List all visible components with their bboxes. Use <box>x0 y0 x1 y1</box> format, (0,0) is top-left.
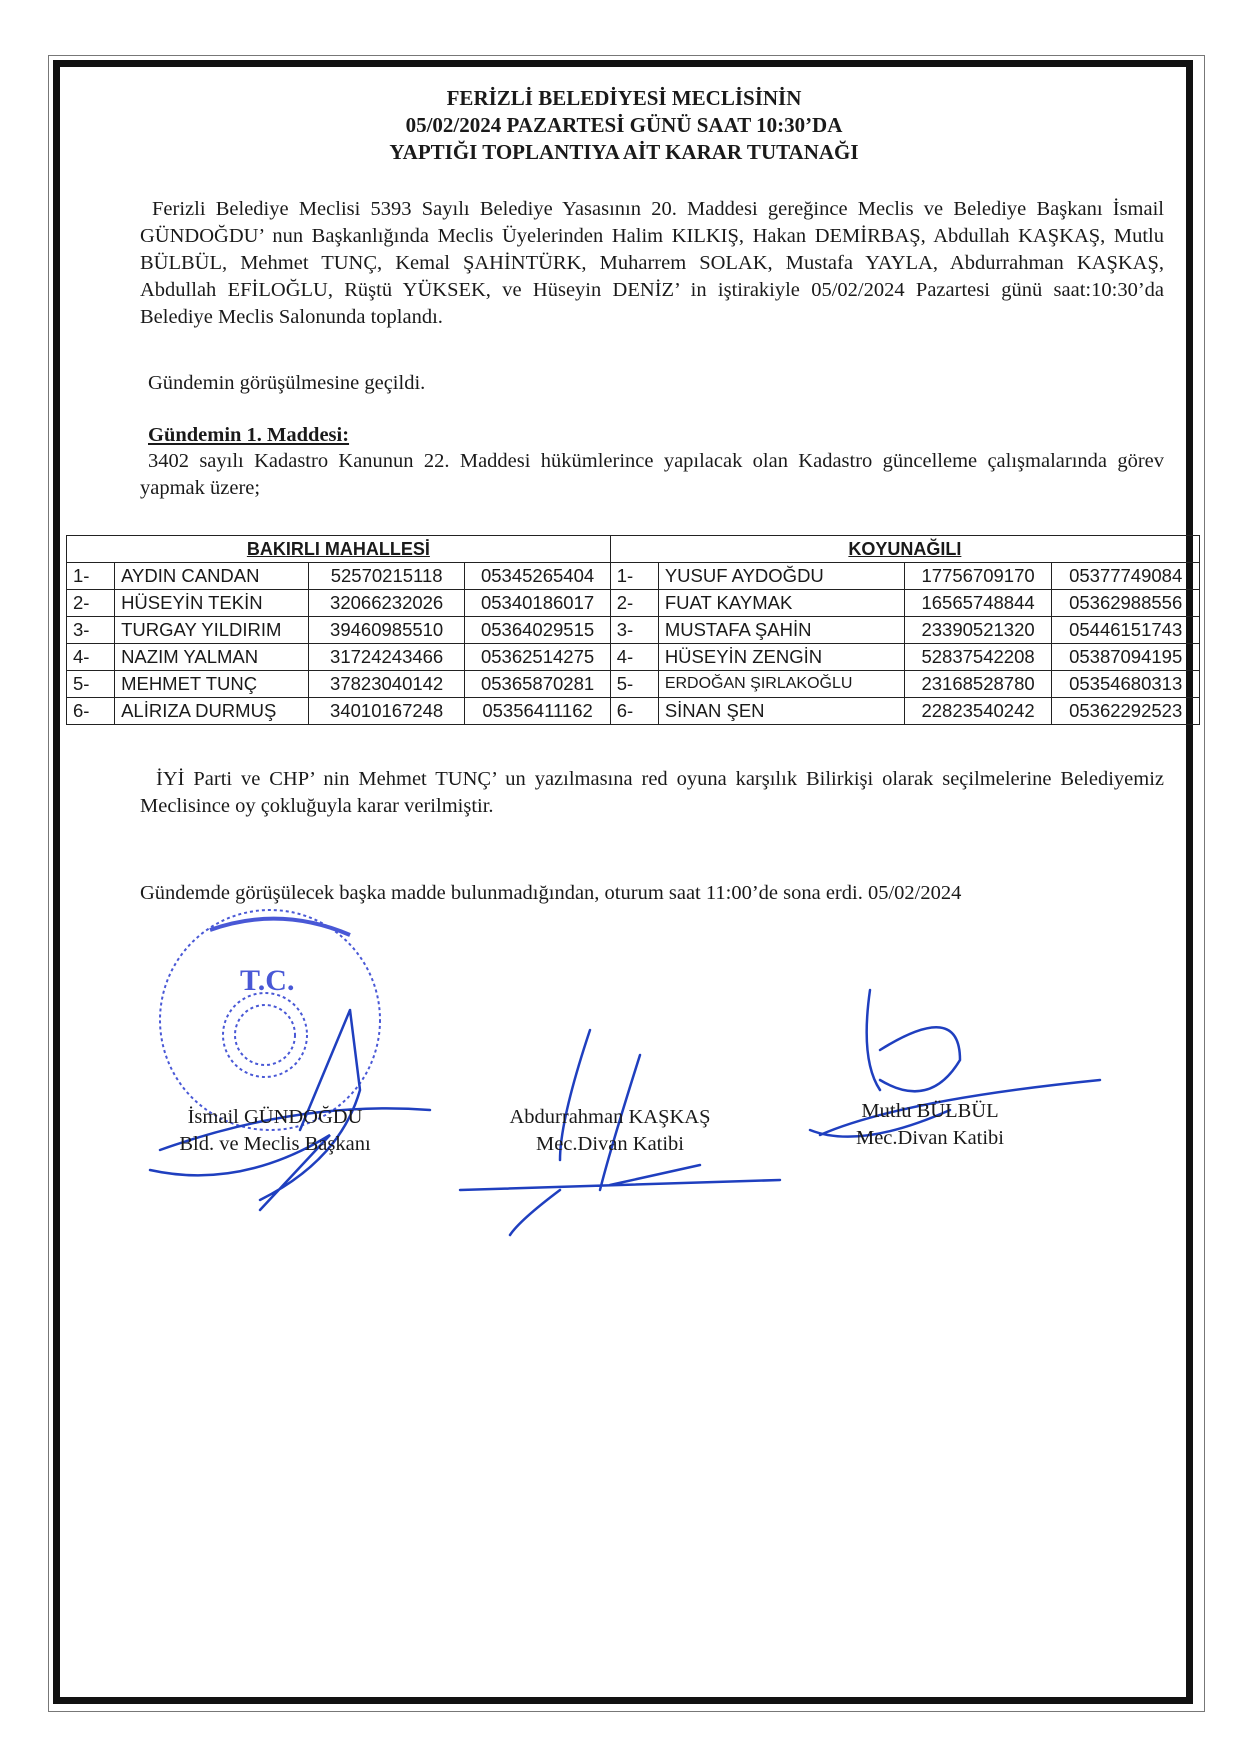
person-name: YUSUF AYDOĞDU <box>658 563 904 590</box>
person-name: SİNAN ŞEN <box>658 698 904 725</box>
row-number: 2- <box>67 590 115 617</box>
intro-paragraph: Ferizli Belediye Meclisi 5393 Sayılı Bel… <box>140 196 1164 331</box>
phone-number: 05446151743 <box>1052 617 1200 644</box>
expert-table: BAKIRLI MAHALLESİ KOYUNAĞILI 1-AYDIN CAN… <box>66 535 1200 725</box>
person-name: AYDIN CANDAN <box>115 563 309 590</box>
table-row: 6-ALİRIZA DURMUŞ34010167248053564111626-… <box>67 698 1200 725</box>
person-name: MUSTAFA ŞAHİN <box>658 617 904 644</box>
signature-block-secretary-1: Abdurrahman KAŞKAŞ Mec.Divan Katibi <box>480 1104 740 1158</box>
phone-number: 05354680313 <box>1052 671 1200 698</box>
table-row: 3-TURGAY YILDIRIM39460985510053640295153… <box>67 617 1200 644</box>
national-id: 39460985510 <box>308 617 465 644</box>
phone-number: 05345265404 <box>465 563 610 590</box>
table-row: 1-AYDIN CANDAN52570215118053452654041-YU… <box>67 563 1200 590</box>
national-id: 32066232026 <box>308 590 465 617</box>
phone-number: 05362514275 <box>465 644 610 671</box>
title-line-2: 05/02/2024 PAZARTESİ GÜNÜ SAAT 10:30’DA <box>0 112 1248 139</box>
person-name: NAZIM YALMAN <box>115 644 309 671</box>
phone-number: 05387094195 <box>1052 644 1200 671</box>
person-name: HÜSEYİN ZENGİN <box>658 644 904 671</box>
title-line-1: FERİZLİ BELEDİYESİ MECLİSİNİN <box>0 85 1248 112</box>
row-number: 6- <box>610 698 658 725</box>
row-number: 1- <box>67 563 115 590</box>
signature-block-mayor: İsmail GÜNDOĞDU Bld. ve Meclis Başkanı <box>150 1104 400 1158</box>
person-name: HÜSEYİN TEKİN <box>115 590 309 617</box>
national-id: 16565748844 <box>904 590 1052 617</box>
row-number: 3- <box>610 617 658 644</box>
closing-text: Gündemde görüşülecek başka madde bulunma… <box>140 880 1180 907</box>
signer-role: Bld. ve Meclis Başkanı <box>150 1131 400 1158</box>
person-name: FUAT KAYMAK <box>658 590 904 617</box>
national-id: 52837542208 <box>904 644 1052 671</box>
agenda-intro: Gündemin görüşülmesine geçildi. <box>148 370 1172 397</box>
table-header-bakirli: BAKIRLI MAHALLESİ <box>67 536 611 563</box>
phone-number: 05362292523 <box>1052 698 1200 725</box>
phone-number: 05340186017 <box>465 590 610 617</box>
signer-name: İsmail GÜNDOĞDU <box>150 1104 400 1131</box>
decision-text: İYİ Parti ve CHP’ nin Mehmet TUNÇ’ un ya… <box>140 766 1164 820</box>
row-number: 5- <box>610 671 658 698</box>
national-id: 23390521320 <box>904 617 1052 644</box>
agenda-item-text: 3402 sayılı Kadastro Kanunun 22. Maddesi… <box>140 448 1164 502</box>
national-id: 22823540242 <box>904 698 1052 725</box>
signer-role: Mec.Divan Katibi <box>480 1131 740 1158</box>
national-id: 34010167248 <box>308 698 465 725</box>
row-number: 1- <box>610 563 658 590</box>
signer-name: Abdurrahman KAŞKAŞ <box>480 1104 740 1131</box>
person-name: TURGAY YILDIRIM <box>115 617 309 644</box>
phone-number: 05362988556 <box>1052 590 1200 617</box>
signature-block-secretary-2: Mutlu BÜLBÜL Mec.Divan Katibi <box>820 1098 1040 1152</box>
table-row: 4-NAZIM YALMAN31724243466053625142754-HÜ… <box>67 644 1200 671</box>
national-id: 37823040142 <box>308 671 465 698</box>
row-number: 4- <box>67 644 115 671</box>
person-name: MEHMET TUNÇ <box>115 671 309 698</box>
signer-name: Mutlu BÜLBÜL <box>820 1098 1040 1125</box>
row-number: 5- <box>67 671 115 698</box>
row-number: 6- <box>67 698 115 725</box>
row-number: 4- <box>610 644 658 671</box>
national-id: 17756709170 <box>904 563 1052 590</box>
phone-number: 05377749084 <box>1052 563 1200 590</box>
title-line-3: YAPTIĞI TOPLANTIYA AİT KARAR TUTANAĞI <box>0 139 1248 166</box>
person-name: ALİRIZA DURMUŞ <box>115 698 309 725</box>
person-name: ERDOĞAN ŞIRLAKOĞLU <box>658 671 904 698</box>
row-number: 3- <box>67 617 115 644</box>
document-title: FERİZLİ BELEDİYESİ MECLİSİNİN 05/02/2024… <box>0 85 1248 166</box>
table-header-koyunagili: KOYUNAĞILI <box>610 536 1199 563</box>
row-number: 2- <box>610 590 658 617</box>
national-id: 31724243466 <box>308 644 465 671</box>
signer-role: Mec.Divan Katibi <box>820 1125 1040 1152</box>
table-row: 5-MEHMET TUNÇ37823040142053658702815-ERD… <box>67 671 1200 698</box>
table-row: 2-HÜSEYİN TEKİN32066232026053401860172-F… <box>67 590 1200 617</box>
agenda-item-heading: Gündemin 1. Maddesi: <box>148 424 349 447</box>
national-id: 23168528780 <box>904 671 1052 698</box>
phone-number: 05356411162 <box>465 698 610 725</box>
national-id: 52570215118 <box>308 563 465 590</box>
phone-number: 05365870281 <box>465 671 610 698</box>
phone-number: 05364029515 <box>465 617 610 644</box>
